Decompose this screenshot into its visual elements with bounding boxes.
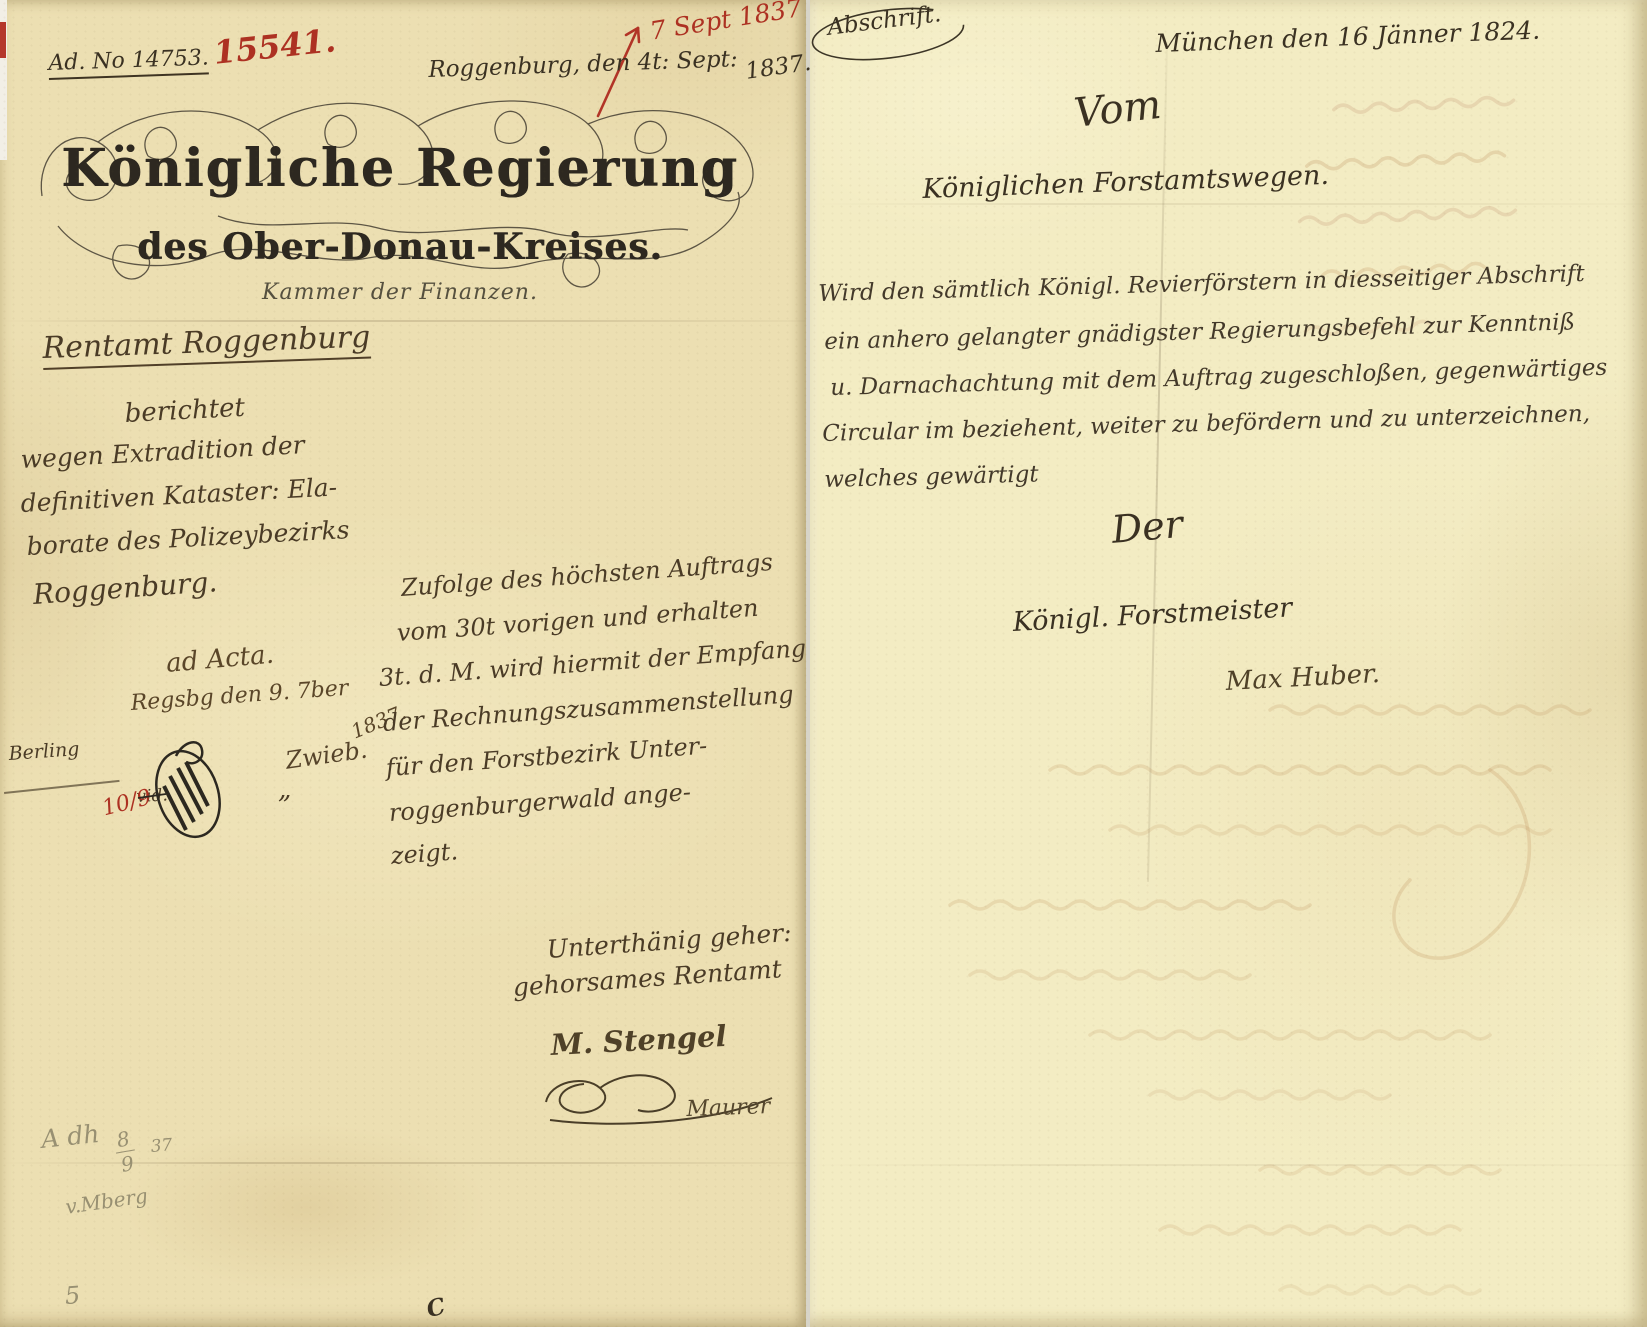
clerk-underline-flourish xyxy=(4,780,120,794)
dateline: Roggenburg, den 4t: Sept: xyxy=(428,47,738,83)
registry-note: Zwieb. xyxy=(284,737,369,775)
dateline-year: 1837. xyxy=(744,51,813,85)
bleed-through-text xyxy=(1100,1140,1550,1325)
pencil-fraction-numerator: 8 xyxy=(112,1127,135,1154)
left-page: Ad. No 14753. 15541. 7 Sept 1837 Roggenb… xyxy=(0,0,806,1327)
dateline: München den 16 Jänner 1824. xyxy=(1155,17,1540,58)
document-scan: Ad. No 14753. 15541. 7 Sept 1837 Roggenb… xyxy=(0,0,1647,1327)
from-office: Königlichen Forstamtswegen. xyxy=(922,161,1329,205)
authority-title: Königliche Regierung xyxy=(60,138,740,199)
body-line: Circular im beziehent, weiter zu beförde… xyxy=(822,402,1590,447)
closing-der: Der xyxy=(1110,504,1184,552)
ditto-mark: „ xyxy=(278,776,291,805)
countersignature: Maurer xyxy=(686,1095,771,1122)
body-line: der Rechnungszusammenstellung xyxy=(382,681,794,736)
pencil-number: 5 xyxy=(64,1282,81,1309)
from-heading: Vom xyxy=(1072,83,1163,136)
body-line: Zufolge des höchsten Auftrags xyxy=(400,549,774,601)
body-line: zeigt. xyxy=(390,838,459,869)
body-line: vom 30t vorigen und erhalten xyxy=(396,595,759,647)
right-page: Abschrift. München den 16 Jänner 1824. V… xyxy=(810,0,1647,1327)
pencil-name: v.Mberg xyxy=(64,1184,149,1217)
subject-line: berichtet xyxy=(124,394,246,429)
body-line: für den Forstbezirk Unter- xyxy=(385,733,708,782)
file-reference: Ad. No 14753. xyxy=(48,46,209,80)
hatched-paraph xyxy=(136,736,238,844)
registry-number-red: 15541. xyxy=(212,23,337,71)
subject-line: wegen Extradition der xyxy=(20,431,305,473)
bleed-through-text xyxy=(850,690,1647,1130)
pencil-fraction-denominator: 9 xyxy=(116,1150,138,1176)
pencil-note-suffix: 37 xyxy=(150,1136,173,1157)
pencil-note-prefix: A dh xyxy=(40,1120,101,1153)
fold-line xyxy=(0,320,806,322)
received-date-red: 7 Sept 1837 xyxy=(648,0,804,45)
red-wax-mark xyxy=(0,22,6,58)
ad-acta-note: ad Acta. xyxy=(165,641,275,679)
bottom-ink-mark: C xyxy=(424,1294,448,1323)
authority-department: Kammer der Finanzen. xyxy=(60,280,740,305)
subject-line: borate des Polizeybezirks xyxy=(26,516,350,560)
subject-line: definitiven Kataster: Ela- xyxy=(20,473,338,517)
clerk-initials: Berling xyxy=(8,739,80,765)
body-line: u. Darnachachtung mit dem Auftrag zugesc… xyxy=(830,356,1608,402)
signature-name: M. Stengel xyxy=(550,1021,727,1062)
body-line: welches gewärtigt xyxy=(824,462,1039,493)
pencil-fraction: 8 9 xyxy=(112,1127,139,1177)
sender-office: Rentamt Roggenburg xyxy=(42,321,371,370)
authority-subtitle: des Ober-Donau-Kreises. xyxy=(60,226,740,268)
subject-line: Roggenburg. xyxy=(32,567,218,611)
registry-date: Regsbg den 9. 7ber xyxy=(130,677,349,716)
body-line: roggenburgerwald ange- xyxy=(388,779,692,826)
